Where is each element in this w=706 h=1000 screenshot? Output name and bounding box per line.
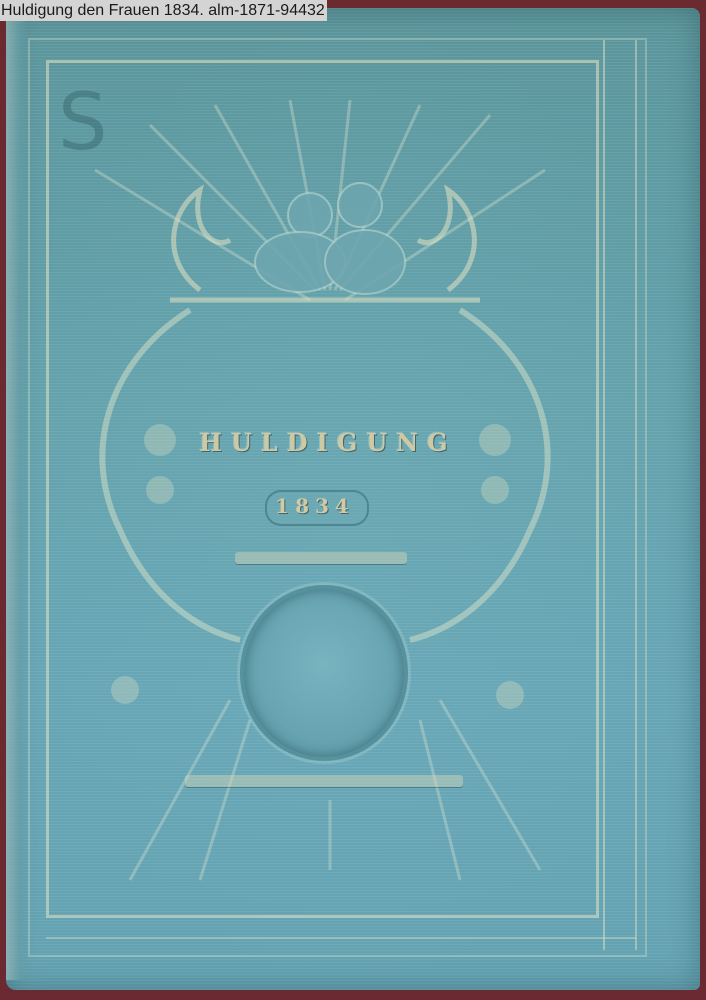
cover-title: HULDIGUNG (178, 428, 478, 457)
upper-plinth-bar (235, 552, 407, 564)
lower-plinth-bar (185, 775, 463, 787)
three-graces-medallion (240, 585, 408, 761)
image-caption: Huldigung den Frauen 1834. alm-1871-9443… (0, 0, 327, 21)
cover-year: 1834 (265, 494, 365, 518)
